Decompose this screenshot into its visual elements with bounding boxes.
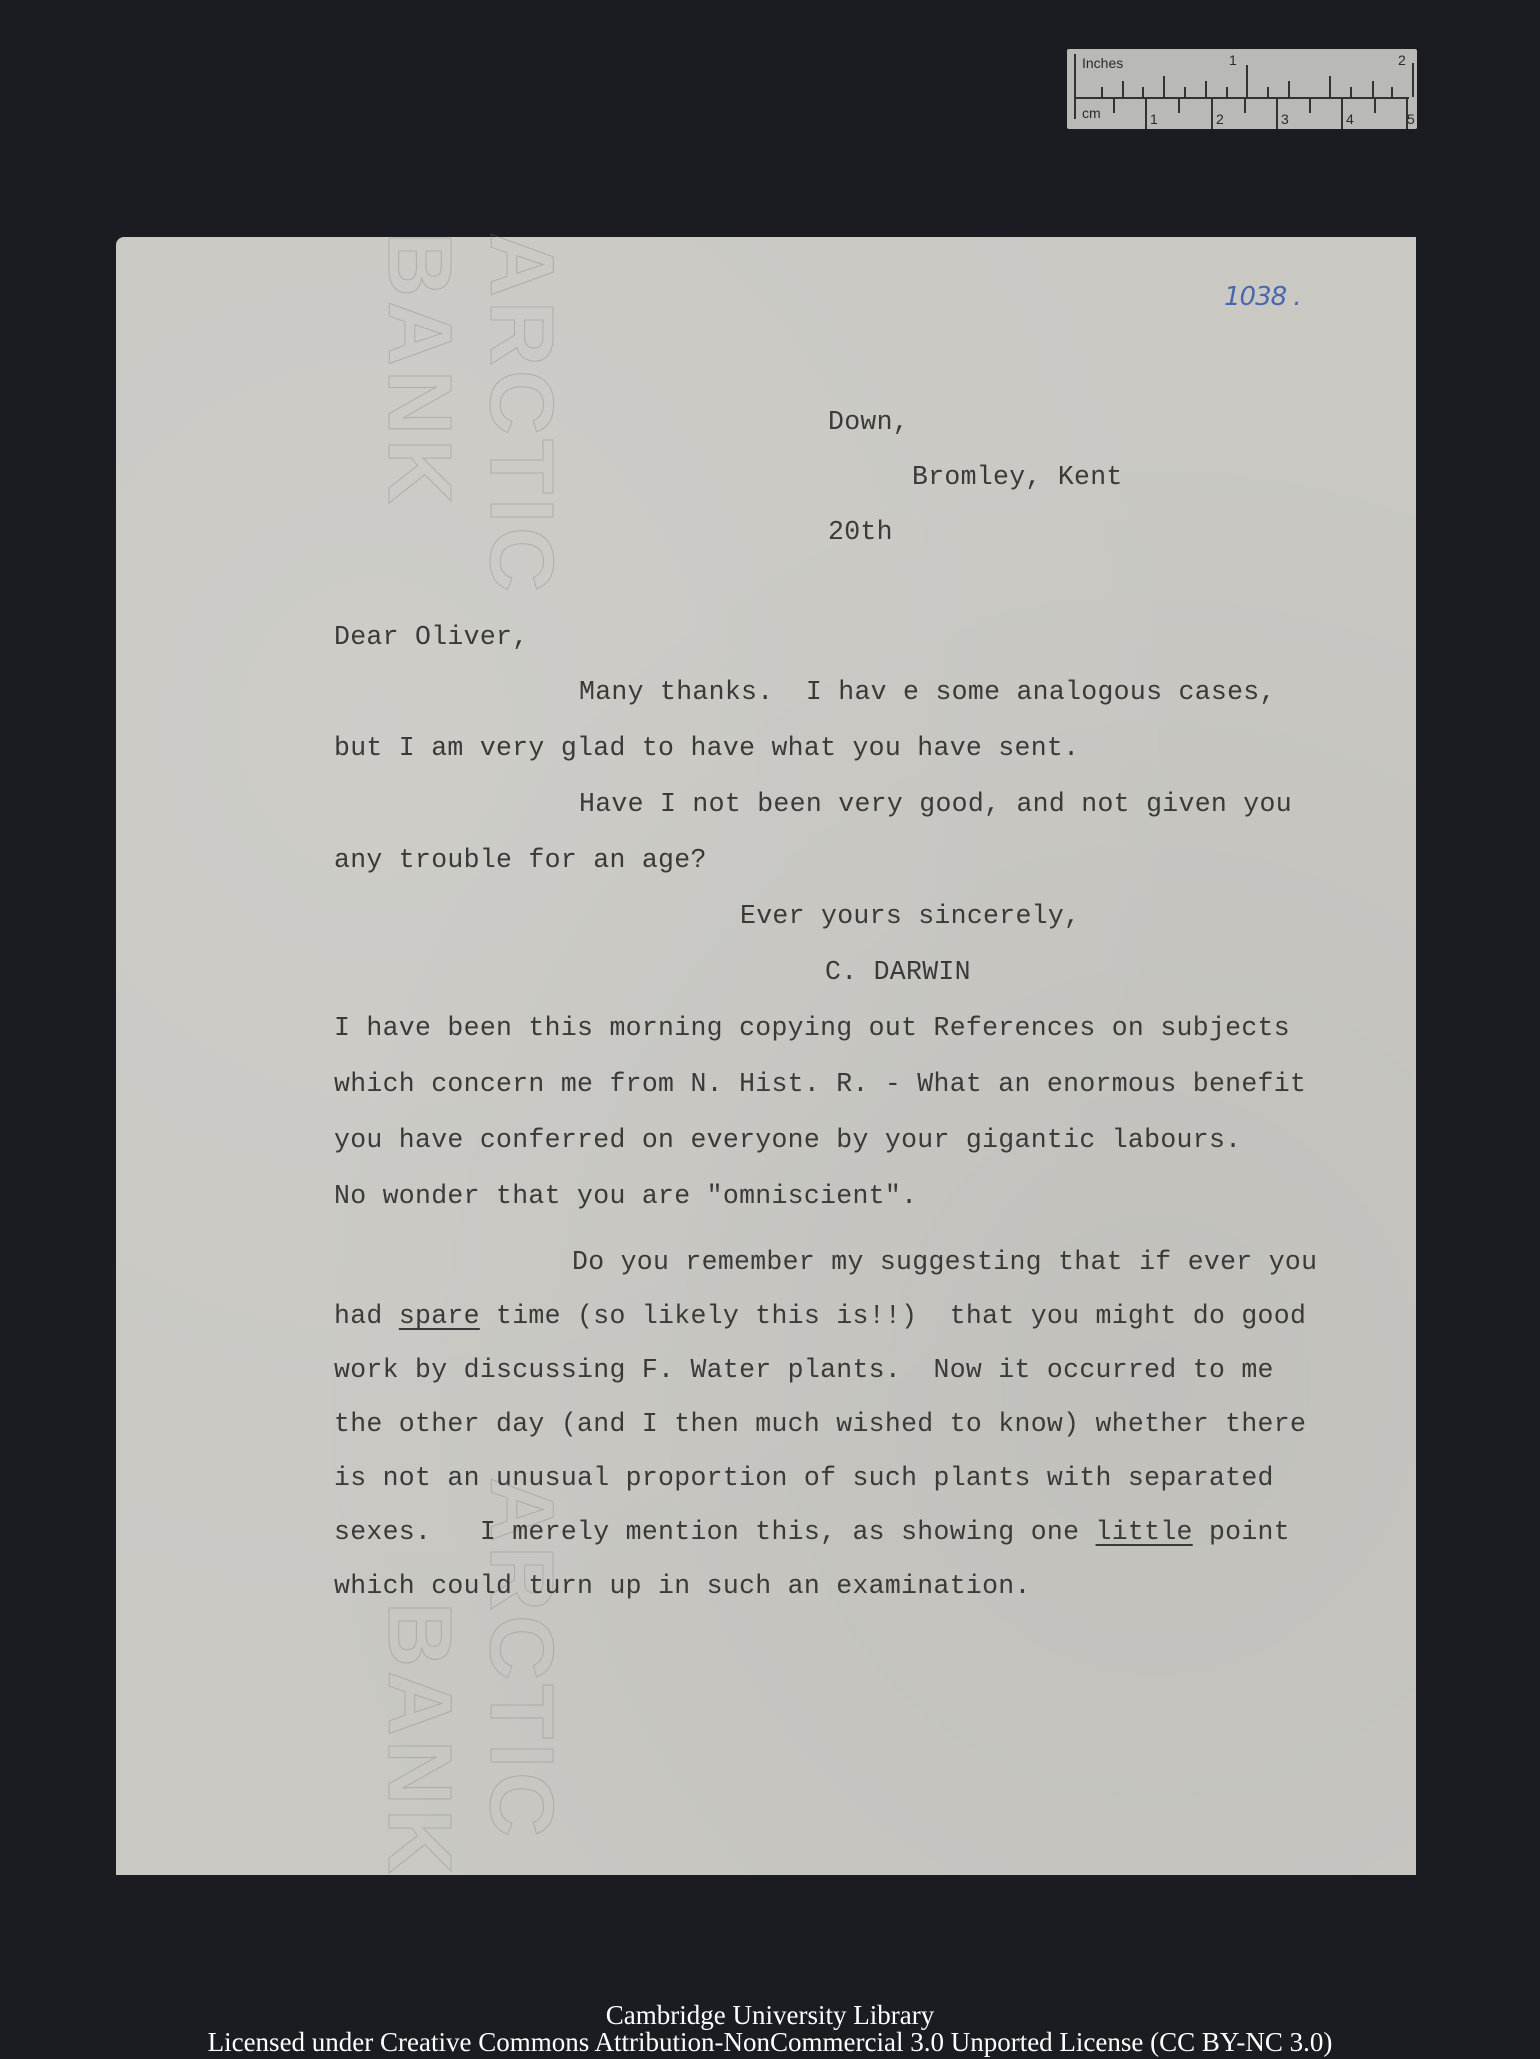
ruler-tick [1184,87,1186,97]
letter-page: BANK ARCTIC BANK ARCTIC 1038 . Down, Bro… [116,237,1416,1875]
text-segment: point [1193,1517,1290,1547]
ruler-tick [1074,54,1076,119]
text-segment: had [334,1301,399,1331]
address-line-1: Down, [828,407,909,437]
ruler-cm-number: 4 [1346,111,1354,127]
ruler-tick [1122,81,1124,97]
body-line: Many thanks. I hav e some analogous case… [579,677,1276,707]
ruler-cm-label: cm [1082,105,1101,121]
ruler-tick [1211,97,1213,129]
ruler-tick [1163,76,1165,97]
watermark-left-bottom: BANK [374,1602,464,1878]
postscript-line-little: sexes. I merely mention this, as showing… [334,1517,1290,1547]
postscript-line: is not an unusual proportion of such pla… [334,1463,1274,1493]
ruler-tick [1113,97,1115,113]
ruler-tick [1276,97,1278,129]
ruler-tick [1246,65,1248,97]
postscript-line-spare: had spare time (so likely this is!!) tha… [334,1301,1306,1331]
letter-date: 20th [828,517,893,547]
ruler-tick [1374,97,1376,113]
ruler-tick [1329,76,1331,97]
signature: C. DARWIN [825,957,971,987]
text-segment: time (so likely this is!!) that you migh… [480,1301,1306,1331]
underlined-word-little: little [1096,1517,1193,1547]
ruler-inches-label: Inches [1082,55,1123,71]
ruler-tick [1267,87,1269,97]
watermark-right: ARCTIC [476,232,566,596]
postscript-line: which could turn up in such an examinati… [334,1571,1031,1601]
ruler-tick [1244,97,1246,113]
postscript-line: Do you remember my suggesting that if ev… [572,1247,1317,1277]
ruler-tick [1309,97,1311,113]
postscript-line: I have been this morning copying out Ref… [334,1013,1290,1043]
ruler-baseline [1074,97,1409,99]
postscript-line: you have conferred on everyone by your g… [334,1125,1241,1155]
closing: Ever yours sincerely, [740,901,1080,931]
footer-license: Licensed under Creative Commons Attribut… [0,2029,1540,2056]
body-line: any trouble for an age? [334,845,707,875]
ruler-inch-number: 1 [1229,52,1237,68]
watermark-left: BANK [374,232,464,508]
ruler-tick [1350,87,1352,97]
text-segment: sexes. I merely mention this, as showing… [334,1517,1096,1547]
postscript-line: work by discussing F. Water plants. Now … [334,1355,1274,1385]
ruler-tick [1142,87,1144,97]
ruler-tick [1226,87,1228,97]
ruler-tick [1372,81,1374,97]
ruler-cm-number: 5 [1407,111,1415,127]
ruler-inch-number: 2 [1398,52,1406,68]
postscript-line: which concern me from N. Hist. R. - What… [334,1069,1306,1099]
body-line: but I am very glad to have what you have… [334,733,1079,763]
footer-credit: Cambridge University Library [0,2002,1540,2029]
ruler-tick [1178,97,1180,113]
ruler-tick [1101,87,1103,97]
postscript-line: No wonder that you are "omniscient". [334,1181,917,1211]
ruler-tick [1145,97,1147,129]
ruler-tick [1391,87,1393,97]
ruler-cm-number: 1 [1150,111,1158,127]
ruler-cm-number: 3 [1281,111,1289,127]
ruler-cm-number: 2 [1216,111,1224,127]
scale-ruler: Inches cm 1 2 1 2 3 4 5 [1067,49,1417,129]
salutation: Dear Oliver, [334,622,528,652]
ruler-tick [1341,97,1343,129]
address-line-2: Bromley, Kent [912,462,1123,492]
ruler-tick [1205,81,1207,97]
postscript-line: the other day (and I then much wished to… [334,1409,1306,1439]
ruler-tick [1288,81,1290,97]
archive-number: 1038 . [1224,282,1301,312]
body-line: Have I not been very good, and not given… [579,789,1292,819]
underlined-word-spare: spare [399,1301,480,1331]
ruler-tick [1412,63,1414,97]
